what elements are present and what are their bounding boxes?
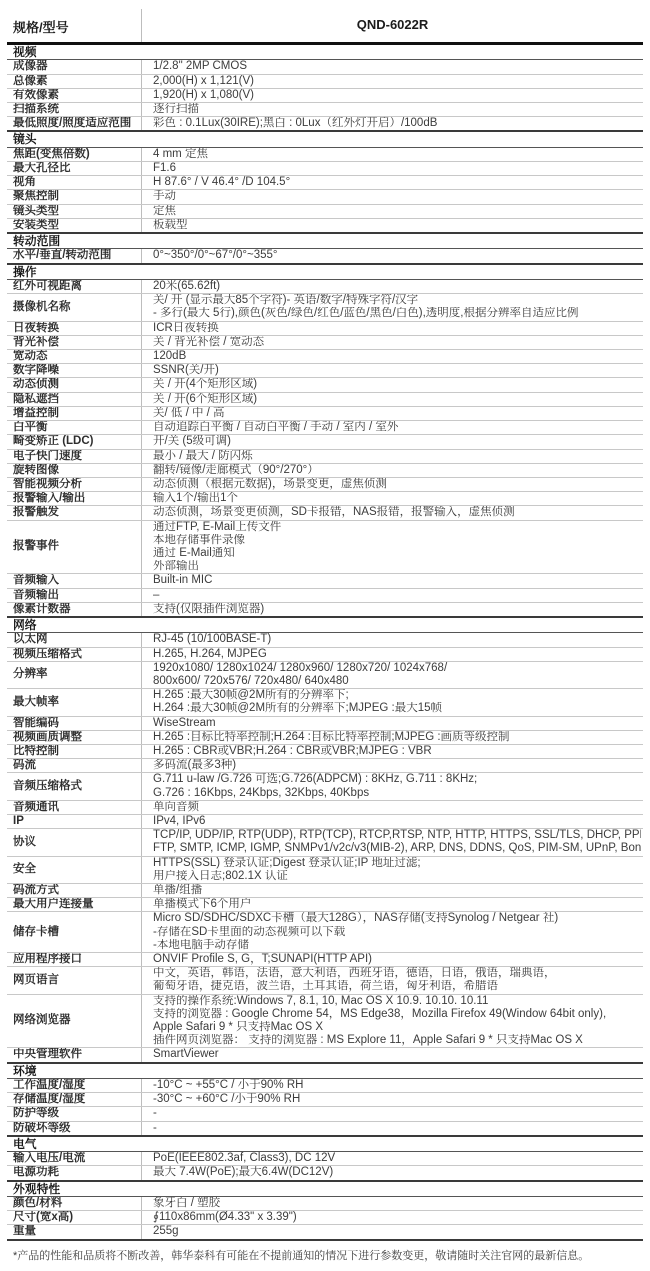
- spec-value: Built-in MIC: [141, 574, 643, 587]
- spec-value-line: 开/关 (5级可调): [153, 435, 641, 448]
- spec-label: 畸变矫正 (LDC): [7, 435, 141, 448]
- spec-value: 1,920(H) x 1,080(V): [141, 89, 643, 102]
- spec-value: 多码流(最多3种): [141, 759, 643, 772]
- spec-row: 宽动态120dB: [7, 350, 643, 364]
- spec-value-line: H.265, H.264, MJPEG: [153, 648, 641, 661]
- spec-value: 板载型: [141, 219, 643, 232]
- spec-label: 红外可视距离: [7, 280, 141, 293]
- spec-row: 储存卡槽Micro SD/SDHC/SDXC卡槽（最大128G），NAS存储(支…: [7, 912, 643, 953]
- spec-value: TCP/IP, UDP/IP, RTP(UDP), RTP(TCP), RTCP…: [141, 829, 643, 855]
- spec-value-line: -: [153, 1107, 641, 1120]
- spec-value: -30°C ~ +60°C /小于90% RH: [141, 1093, 643, 1106]
- spec-row: 工作温度/湿度-10°C ~ +55°C / 小于90% RH: [7, 1079, 643, 1093]
- spec-label: 网页语言: [7, 967, 141, 993]
- spec-section: 外观特性颜色/材料象牙白 / 塑胶尺寸(宽x高)∮110x86mm(Ø4.33"…: [7, 1180, 643, 1239]
- spec-value-line: -30°C ~ +60°C /小于90% RH: [153, 1093, 641, 1106]
- spec-value: 关 / 开(6个矩形区域): [141, 393, 643, 406]
- spec-value: PoE(IEEE802.3af, Class3), DC 12V: [141, 1152, 643, 1165]
- spec-value-line: ∮110x86mm(Ø4.33" x 3.39"): [153, 1211, 641, 1224]
- spec-label: 扫描系统: [7, 103, 141, 116]
- spec-label: 音频输入: [7, 574, 141, 587]
- spec-value-line: H 87.6° / V 46.4° /D 104.5°: [153, 176, 641, 189]
- spec-label: 焦距(变焦倍数): [7, 148, 141, 161]
- spec-value-line: 0°~350°/0°~67°/0°~355°: [153, 249, 641, 262]
- spec-value-line: 翻转/镜像/走廊模式（90°/270°）: [153, 464, 641, 477]
- spec-value-line: –: [153, 589, 641, 602]
- spec-label: 储存卡槽: [7, 912, 141, 952]
- spec-value-line: 关 / 开(4个矩形区域): [153, 378, 641, 391]
- spec-value: SmartViewer: [141, 1048, 643, 1061]
- spec-value: 关/ 低 / 中 / 高: [141, 407, 643, 420]
- spec-value-line: WiseStream: [153, 717, 641, 730]
- spec-value: -: [141, 1107, 643, 1120]
- spec-row: 视角H 87.6° / V 46.4° /D 104.5°: [7, 176, 643, 190]
- spec-value-line: 1,920(H) x 1,080(V): [153, 89, 641, 102]
- spec-value-line: 插件网页浏览器： 支持的浏览器 : MS Explore 11，Apple Sa…: [153, 1034, 641, 1047]
- spec-label: 颜色/材料: [7, 1197, 141, 1210]
- spec-label: 应用程序接口: [7, 953, 141, 966]
- spec-value: 单播/组播: [141, 884, 643, 897]
- spec-value: 20米(65.62ft): [141, 280, 643, 293]
- spec-label: 报警输入/输出: [7, 492, 141, 505]
- spec-value-line: HTTPS(SSL) 登录认证;Digest 登录认证;IP 地址过滤;: [153, 857, 641, 870]
- spec-value: -10°C ~ +55°C / 小于90% RH: [141, 1079, 643, 1092]
- spec-value-line: 多码流(最多3种): [153, 759, 641, 772]
- spec-row: 中央管理软件SmartViewer: [7, 1048, 643, 1061]
- spec-value: RJ-45 (10/100BASE-T): [141, 633, 643, 646]
- spec-value: 输入1个/输出1个: [141, 492, 643, 505]
- spec-label: 报警事件: [7, 521, 141, 574]
- spec-row: 重量255g: [7, 1225, 643, 1238]
- spec-row: 应用程序接口ONVIF Profile S, G，T;SUNAPI(HTTP A…: [7, 953, 643, 967]
- spec-value-line: 120dB: [153, 350, 641, 363]
- spec-value-line: 1920x1080/ 1280x1024/ 1280x960/ 1280x720…: [153, 662, 641, 675]
- spec-row: 视频画质调整H.265 :目标比特率控制;H.264 :目标比特率控制;MJPE…: [7, 731, 643, 745]
- spec-value-line: 800x600/ 720x576/ 720x480/ 640x480: [153, 675, 641, 688]
- spec-value: 象牙白 / 塑胶: [141, 1197, 643, 1210]
- spec-label: 摄像机名称: [7, 294, 141, 320]
- spec-label: 电源功耗: [7, 1166, 141, 1179]
- spec-row: 报警事件通过FTP, E-Mail上传文件本地存储事件录像通过 E-Mail通知…: [7, 521, 643, 575]
- spec-value-line: ONVIF Profile S, G，T;SUNAPI(HTTP API): [153, 953, 641, 966]
- spec-value-line: 动态侦测，场景变更侦测，SD卡报错，NAS报错，报警输入，虚焦侦测: [153, 506, 641, 519]
- spec-value: 0°~350°/0°~67°/0°~355°: [141, 249, 643, 262]
- spec-value: WiseStream: [141, 717, 643, 730]
- spec-value: ONVIF Profile S, G，T;SUNAPI(HTTP API): [141, 953, 643, 966]
- spec-section: 网络以太网RJ-45 (10/100BASE-T)视频压缩格式H.265, H.…: [7, 616, 643, 1062]
- spec-value-line: 4 mm 定焦: [153, 148, 641, 161]
- spec-label: 协议: [7, 829, 141, 855]
- spec-value-line: 单播模式下6个用户: [153, 898, 641, 911]
- spec-label: 网络浏览器: [7, 995, 141, 1048]
- spec-value-line: 最大 7.4W(PoE);最大6.4W(DC12V): [153, 1166, 641, 1179]
- section-title: 操作: [7, 265, 643, 280]
- spec-row: 音频通讯单向音频: [7, 801, 643, 815]
- spec-value-line: 支持(仅限插件浏览器): [153, 603, 641, 616]
- spec-row: 总像素2,000(H) x 1,121(V): [7, 75, 643, 89]
- spec-value-line: 外部输出: [153, 560, 641, 573]
- spec-value: 单向音频: [141, 801, 643, 814]
- spec-value-line: 1/2.8" 2MP CMOS: [153, 60, 641, 73]
- spec-value-line: PoE(IEEE802.3af, Class3), DC 12V: [153, 1152, 641, 1165]
- spec-row: 日夜转换ICR日夜转换: [7, 322, 643, 336]
- section-title: 网络: [7, 618, 643, 633]
- spec-label: 视角: [7, 176, 141, 189]
- spec-value: F1.6: [141, 162, 643, 175]
- section-title: 视频: [7, 45, 643, 60]
- spec-value-line: 支持的操作系统:Windows 7, 8.1, 10, Mac OS X 10.…: [153, 995, 641, 1008]
- spec-label: 智能视频分析: [7, 478, 141, 491]
- spec-value: 定焦: [141, 205, 643, 218]
- spec-row: 存储温度/湿度-30°C ~ +60°C /小于90% RH: [7, 1093, 643, 1107]
- spec-value-line: 单播/组播: [153, 884, 641, 897]
- spec-label: 码流方式: [7, 884, 141, 897]
- spec-value-line: Built-in MIC: [153, 574, 641, 587]
- spec-row: 颜色/材料象牙白 / 塑胶: [7, 1197, 643, 1211]
- header-spec-model-label: 规格/型号: [7, 9, 141, 42]
- spec-value-line: SSNR(关/开): [153, 364, 641, 377]
- spec-label: 隐私遮挡: [7, 393, 141, 406]
- spec-label: 聚焦控制: [7, 190, 141, 203]
- spec-value-line: H.265 :目标比特率控制;H.264 :目标比特率控制;MJPEG :画质等…: [153, 731, 641, 744]
- spec-row: 电源功耗最大 7.4W(PoE);最大6.4W(DC12V): [7, 1166, 643, 1179]
- spec-value: 最大 7.4W(PoE);最大6.4W(DC12V): [141, 1166, 643, 1179]
- spec-label: 最大孔径比: [7, 162, 141, 175]
- spec-row: 报警触发动态侦测，场景变更侦测，SD卡报错，NAS报错，报警输入，虚焦侦测: [7, 506, 643, 520]
- spec-label: 背光补偿: [7, 336, 141, 349]
- spec-value-line: 动态侦测（根据元数据)，场景变更，虚焦侦测: [153, 478, 641, 491]
- spec-row: 聚焦控制手动: [7, 190, 643, 204]
- spec-label: 最低照度/照度适应范围: [7, 117, 141, 130]
- section-title: 镜头: [7, 132, 643, 147]
- spec-value-line: IPv4, IPv6: [153, 815, 641, 828]
- section-title: 环境: [7, 1064, 643, 1079]
- spec-label: 工作温度/湿度: [7, 1079, 141, 1092]
- spec-row: 网页语言中文，英语，韩语，法语，意大利语，西班牙语，德语，日语，俄语，瑞典语，葡…: [7, 967, 643, 994]
- spec-value-line: H.265 :最大30帧@2M所有的分辨率下;: [153, 689, 641, 702]
- spec-row: 音频输入Built-in MIC: [7, 574, 643, 588]
- spec-value: 120dB: [141, 350, 643, 363]
- spec-label: 防护等级: [7, 1107, 141, 1120]
- spec-label: 最大帧率: [7, 689, 141, 715]
- spec-value-line: RJ-45 (10/100BASE-T): [153, 633, 641, 646]
- spec-value: 关/ 开 (显示最大85个字符)- 英语/数字/特殊字符/汉字- 多行(最大 5…: [141, 294, 643, 320]
- spec-value: 中文，英语，韩语，法语，意大利语，西班牙语，德语，日语，俄语，瑞典语，葡萄牙语，…: [141, 967, 643, 993]
- section-title: 电气: [7, 1137, 643, 1152]
- spec-sheet: 规格/型号 QND-6022R 视频成像器1/2.8" 2MP CMOS总像素2…: [7, 9, 643, 1263]
- spec-row: 码流多码流(最多3种): [7, 759, 643, 773]
- spec-value: 开/关 (5级可调): [141, 435, 643, 448]
- spec-row: 有效像素1,920(H) x 1,080(V): [7, 89, 643, 103]
- spec-value-line: TCP/IP, UDP/IP, RTP(UDP), RTP(TCP), RTCP…: [153, 829, 641, 842]
- table-header-row: 规格/型号 QND-6022R: [7, 9, 643, 45]
- spec-value: 1920x1080/ 1280x1024/ 1280x960/ 1280x720…: [141, 662, 643, 688]
- spec-label: 中央管理软件: [7, 1048, 141, 1061]
- spec-label: 音频通讯: [7, 801, 141, 814]
- spec-value-line: -存储在SD卡里面的动态视频可以下载: [153, 926, 641, 939]
- spec-value-line: 255g: [153, 1225, 641, 1238]
- spec-value: 1/2.8" 2MP CMOS: [141, 60, 643, 73]
- spec-row: 音频输出–: [7, 589, 643, 603]
- spec-label: 尺寸(宽x高): [7, 1211, 141, 1224]
- spec-value-line: 支持的浏览器 : Google Chrome 54，MS Edge38，Mozi…: [153, 1008, 641, 1021]
- spec-label: 重量: [7, 1225, 141, 1238]
- spec-label: 数字降噪: [7, 364, 141, 377]
- spec-value: 单播模式下6个用户: [141, 898, 643, 911]
- spec-row: 畸变矫正 (LDC)开/关 (5级可调): [7, 435, 643, 449]
- spec-value: 支持的操作系统:Windows 7, 8.1, 10, Mac OS X 10.…: [141, 995, 643, 1048]
- spec-value: HTTPS(SSL) 登录认证;Digest 登录认证;IP 地址过滤;用户接入…: [141, 857, 643, 883]
- spec-label: 安装类型: [7, 219, 141, 232]
- spec-label: 视频画质调整: [7, 731, 141, 744]
- spec-row: 安装类型板载型: [7, 219, 643, 232]
- spec-value: H.265, H.264, MJPEG: [141, 648, 643, 661]
- spec-value: H.265 :目标比特率控制;H.264 :目标比特率控制;MJPEG :画质等…: [141, 731, 643, 744]
- spec-value-line: 20米(65.62ft): [153, 280, 641, 293]
- spec-value-line: 葡萄牙语，捷克语，波兰语，土耳其语，荷兰语，匈牙利语，希腊语: [153, 980, 641, 993]
- spec-label: 报警触发: [7, 506, 141, 519]
- spec-value: G.711 u-law /G.726 可选;G.726(ADPCM) : 8KH…: [141, 773, 643, 799]
- spec-section: 操作红外可视距离20米(65.62ft)摄像机名称关/ 开 (显示最大85个字符…: [7, 263, 643, 616]
- spec-value-line: 中文，英语，韩语，法语，意大利语，西班牙语，德语，日语，俄语，瑞典语，: [153, 967, 641, 980]
- spec-label: 日夜转换: [7, 322, 141, 335]
- spec-value: 支持(仅限插件浏览器): [141, 603, 643, 616]
- spec-value: ICR日夜转换: [141, 322, 643, 335]
- spec-row: 焦距(变焦倍数)4 mm 定焦: [7, 148, 643, 162]
- spec-value-line: SmartViewer: [153, 1048, 641, 1061]
- spec-section: 镜头焦距(变焦倍数)4 mm 定焦最大孔径比F1.6视角H 87.6° / V …: [7, 130, 643, 232]
- spec-label: 旋转图像: [7, 464, 141, 477]
- spec-value: -: [141, 1122, 643, 1135]
- spec-label: 视频压缩格式: [7, 648, 141, 661]
- spec-row: 分辨率1920x1080/ 1280x1024/ 1280x960/ 1280x…: [7, 662, 643, 689]
- spec-value-line: 2,000(H) x 1,121(V): [153, 75, 641, 88]
- spec-value-line: H.264 :最大30帧@2M所有的分辨率下;MJPEG :最大15帧: [153, 702, 641, 715]
- spec-value-line: 最小 / 最大 / 防闪烁: [153, 450, 641, 463]
- spec-row: 视频压缩格式H.265, H.264, MJPEG: [7, 648, 643, 662]
- spec-row: 红外可视距离20米(65.62ft): [7, 280, 643, 294]
- spec-row: 安全HTTPS(SSL) 登录认证;Digest 登录认证;IP 地址过滤;用户…: [7, 857, 643, 884]
- spec-value: 通过FTP, E-Mail上传文件本地存储事件录像通过 E-Mail通知外部输出: [141, 521, 643, 574]
- spec-row: 电子快门速度最小 / 最大 / 防闪烁: [7, 450, 643, 464]
- spec-row: 智能编码WiseStream: [7, 717, 643, 731]
- spec-label: 智能编码: [7, 717, 141, 730]
- spec-value: 手动: [141, 190, 643, 203]
- spec-value-line: -10°C ~ +55°C / 小于90% RH: [153, 1079, 641, 1092]
- spec-value: 自动追踪白平衡 / 自动白平衡 / 手动 / 室内 / 室外: [141, 421, 643, 434]
- spec-label: 安全: [7, 857, 141, 883]
- spec-label: 动态侦测: [7, 378, 141, 391]
- spec-section: 视频成像器1/2.8" 2MP CMOS总像素2,000(H) x 1,121(…: [7, 45, 643, 130]
- spec-row: 白平衡自动追踪白平衡 / 自动白平衡 / 手动 / 室内 / 室外: [7, 421, 643, 435]
- spec-row: 以太网RJ-45 (10/100BASE-T): [7, 633, 643, 647]
- spec-row: 成像器1/2.8" 2MP CMOS: [7, 60, 643, 74]
- spec-value-line: 通过 E-Mail通知: [153, 547, 641, 560]
- spec-value-line: -: [153, 1122, 641, 1135]
- spec-value-line: 板载型: [153, 219, 641, 232]
- spec-label: 镜头类型: [7, 205, 141, 218]
- spec-label: 比特控制: [7, 745, 141, 758]
- spec-row: 最低照度/照度适应范围彩色 : 0.1Lux(30IRE);黑白 : 0Lux（…: [7, 117, 643, 130]
- header-model-number: QND-6022R: [141, 9, 643, 42]
- spec-row: 防破坏等级-: [7, 1122, 643, 1135]
- spec-label: 输入电压/电流: [7, 1152, 141, 1165]
- spec-section: 电气输入电压/电流PoE(IEEE802.3af, Class3), DC 12…: [7, 1135, 643, 1180]
- spec-value: 逐行扫描: [141, 103, 643, 116]
- spec-value-line: 单向音频: [153, 801, 641, 814]
- spec-label: 增益控制: [7, 407, 141, 420]
- spec-label: IP: [7, 815, 141, 828]
- spec-row: 输入电压/电流PoE(IEEE802.3af, Class3), DC 12V: [7, 1152, 643, 1166]
- spec-row: 音频压缩格式G.711 u-law /G.726 可选;G.726(ADPCM)…: [7, 773, 643, 800]
- spec-value: Micro SD/SDHC/SDXC卡槽（最大128G），NAS存储(支持Syn…: [141, 912, 643, 952]
- spec-label: 像素计数器: [7, 603, 141, 616]
- spec-row: 像素计数器支持(仅限插件浏览器): [7, 603, 643, 616]
- spec-value-line: 本地存储事件录像: [153, 534, 641, 547]
- spec-label: 最大用户连接量: [7, 898, 141, 911]
- spec-row: 智能视频分析动态侦测（根据元数据)，场景变更，虚焦侦测: [7, 478, 643, 492]
- spec-label: 宽动态: [7, 350, 141, 363]
- spec-label: 有效像素: [7, 89, 141, 102]
- spec-label: 分辨率: [7, 662, 141, 688]
- spec-value-line: 象牙白 / 塑胶: [153, 1197, 641, 1210]
- spec-value-line: 关/ 低 / 中 / 高: [153, 407, 641, 420]
- spec-value-line: - 多行(最大 5行),颜色(灰色/绿色/红色/蓝色/黑色/白色),透明度,根据…: [153, 307, 641, 320]
- spec-value-line: H.265 : CBR或VBR;H.264 : CBR或VBR;MJPEG : …: [153, 745, 641, 758]
- spec-row: 网络浏览器支持的操作系统:Windows 7, 8.1, 10, Mac OS …: [7, 995, 643, 1049]
- spec-value: 4 mm 定焦: [141, 148, 643, 161]
- spec-label: 以太网: [7, 633, 141, 646]
- spec-row: 码流方式单播/组播: [7, 884, 643, 898]
- spec-section: 环境工作温度/湿度-10°C ~ +55°C / 小于90% RH存储温度/湿度…: [7, 1062, 643, 1135]
- spec-row: 最大帧率H.265 :最大30帧@2M所有的分辨率下;H.264 :最大30帧@…: [7, 689, 643, 716]
- spec-label: 总像素: [7, 75, 141, 88]
- spec-label: 音频压缩格式: [7, 773, 141, 799]
- spec-row: 防护等级-: [7, 1107, 643, 1121]
- spec-value-line: 定焦: [153, 205, 641, 218]
- spec-value-line: 用户接入日志;802.1X 认证: [153, 870, 641, 883]
- spec-value-line: 逐行扫描: [153, 103, 641, 116]
- spec-value: 动态侦测（根据元数据)，场景变更，虚焦侦测: [141, 478, 643, 491]
- spec-row: 数字降噪SSNR(关/开): [7, 364, 643, 378]
- spec-value-line: 关 / 开(6个矩形区域): [153, 393, 641, 406]
- spec-row: IPIPv4, IPv6: [7, 815, 643, 829]
- spec-value: 动态侦测，场景变更侦测，SD卡报错，NAS报错，报警输入，虚焦侦测: [141, 506, 643, 519]
- spec-value-line: 关/ 开 (显示最大85个字符)- 英语/数字/特殊字符/汉字: [153, 294, 641, 307]
- spec-value: ∮110x86mm(Ø4.33" x 3.39"): [141, 1211, 643, 1224]
- section-title: 外观特性: [7, 1182, 643, 1197]
- spec-value: 关 / 开(4个矩形区域): [141, 378, 643, 391]
- spec-value-line: -本地电脑手动存储: [153, 939, 641, 952]
- spec-row: 背光补偿关 / 背光补偿 / 宽动态: [7, 336, 643, 350]
- spec-value-line: FTP, SMTP, ICMP, IGMP, SNMPv1/v2c/v3(MIB…: [153, 842, 641, 855]
- spec-row: 最大用户连接量单播模式下6个用户: [7, 898, 643, 912]
- spec-row: 尺寸(宽x高)∮110x86mm(Ø4.33" x 3.39"): [7, 1211, 643, 1225]
- spec-value-line: 彩色 : 0.1Lux(30IRE);黑白 : 0Lux（红外灯开启）/100d…: [153, 117, 641, 130]
- spec-value: H.265 :最大30帧@2M所有的分辨率下;H.264 :最大30帧@2M所有…: [141, 689, 643, 715]
- spec-value-line: G.726 : 16Kbps, 24Kbps, 32Kbps, 40Kbps: [153, 787, 641, 800]
- spec-value-line: 关 / 背光补偿 / 宽动态: [153, 336, 641, 349]
- spec-row: 镜头类型定焦: [7, 205, 643, 219]
- spec-row: 摄像机名称关/ 开 (显示最大85个字符)- 英语/数字/特殊字符/汉字- 多行…: [7, 294, 643, 321]
- spec-label: 防破坏等级: [7, 1122, 141, 1135]
- section-title: 转动范围: [7, 234, 643, 249]
- spec-value-line: G.711 u-law /G.726 可选;G.726(ADPCM) : 8KH…: [153, 773, 641, 786]
- spec-value: H 87.6° / V 46.4° /D 104.5°: [141, 176, 643, 189]
- spec-row: 隐私遮挡关 / 开(6个矩形区域): [7, 393, 643, 407]
- spec-value: IPv4, IPv6: [141, 815, 643, 828]
- spec-value: 关 / 背光补偿 / 宽动态: [141, 336, 643, 349]
- spec-row: 协议TCP/IP, UDP/IP, RTP(UDP), RTP(TCP), RT…: [7, 829, 643, 856]
- spec-value: SSNR(关/开): [141, 364, 643, 377]
- footnote: *产品的性能和品质将不断改善，韩华泰科有可能在不提前通知的情况下进行参数变更，敬…: [7, 1241, 643, 1263]
- spec-label: 码流: [7, 759, 141, 772]
- spec-value: 翻转/镜像/走廊模式（90°/270°）: [141, 464, 643, 477]
- spec-value: 彩色 : 0.1Lux(30IRE);黑白 : 0Lux（红外灯开启）/100d…: [141, 117, 643, 130]
- spec-label: 白平衡: [7, 421, 141, 434]
- spec-row: 旋转图像翻转/镜像/走廊模式（90°/270°）: [7, 464, 643, 478]
- spec-value-line: F1.6: [153, 162, 641, 175]
- spec-table: 规格/型号 QND-6022R 视频成像器1/2.8" 2MP CMOS总像素2…: [7, 9, 643, 1241]
- spec-value-line: Micro SD/SDHC/SDXC卡槽（最大128G），NAS存储(支持Syn…: [153, 912, 641, 925]
- spec-row: 增益控制关/ 低 / 中 / 高: [7, 407, 643, 421]
- spec-value: 最小 / 最大 / 防闪烁: [141, 450, 643, 463]
- spec-value-line: ICR日夜转换: [153, 322, 641, 335]
- spec-row: 动态侦测关 / 开(4个矩形区域): [7, 378, 643, 392]
- spec-row: 报警输入/输出输入1个/输出1个: [7, 492, 643, 506]
- spec-row: 比特控制H.265 : CBR或VBR;H.264 : CBR或VBR;MJPE…: [7, 745, 643, 759]
- spec-label: 存储温度/湿度: [7, 1093, 141, 1106]
- spec-value-line: 输入1个/输出1个: [153, 492, 641, 505]
- spec-section: 转动范围水平/垂直/转动范围0°~350°/0°~67°/0°~355°: [7, 232, 643, 263]
- spec-row: 最大孔径比F1.6: [7, 162, 643, 176]
- spec-label: 电子快门速度: [7, 450, 141, 463]
- spec-row: 扫描系统逐行扫描: [7, 103, 643, 117]
- spec-sections: 视频成像器1/2.8" 2MP CMOS总像素2,000(H) x 1,121(…: [7, 45, 643, 1239]
- spec-label: 水平/垂直/转动范围: [7, 249, 141, 262]
- spec-value: 255g: [141, 1225, 643, 1238]
- spec-value: –: [141, 589, 643, 602]
- spec-value-line: 手动: [153, 190, 641, 203]
- spec-value: H.265 : CBR或VBR;H.264 : CBR或VBR;MJPEG : …: [141, 745, 643, 758]
- spec-value-line: Apple Safari 9 * 只支持Mac OS X: [153, 1021, 641, 1034]
- spec-value: 2,000(H) x 1,121(V): [141, 75, 643, 88]
- spec-value-line: 自动追踪白平衡 / 自动白平衡 / 手动 / 室内 / 室外: [153, 421, 641, 434]
- spec-label: 音频输出: [7, 589, 141, 602]
- spec-value-line: 通过FTP, E-Mail上传文件: [153, 521, 641, 534]
- spec-row: 水平/垂直/转动范围0°~350°/0°~67°/0°~355°: [7, 249, 643, 262]
- spec-label: 成像器: [7, 60, 141, 73]
